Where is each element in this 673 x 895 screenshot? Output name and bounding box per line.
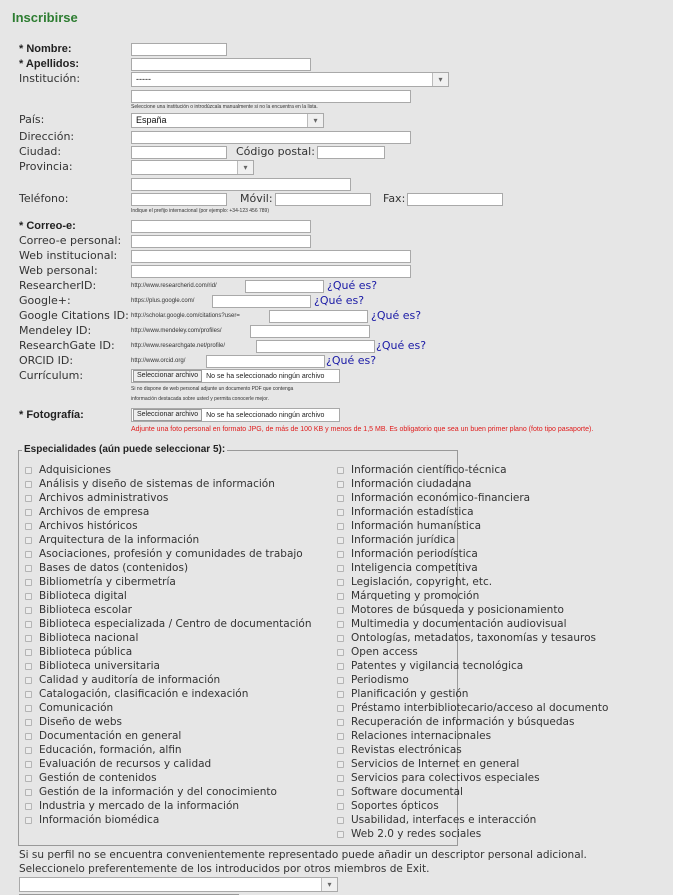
especialidad-option[interactable]: Recuperación de información y búsquedas (337, 715, 608, 729)
especialidad-checkbox[interactable] (337, 803, 344, 810)
fotografia-file-input[interactable]: Seleccionar archivo No se ha seleccionad… (131, 408, 340, 422)
apellidos-input[interactable] (131, 58, 311, 71)
especialidad-checkbox[interactable] (25, 523, 32, 530)
especialidad-option[interactable]: Archivos de empresa (25, 505, 312, 519)
especialidad-label: Información científico-técnica (351, 464, 507, 476)
especialidad-option[interactable]: Gestión de contenidos (25, 771, 312, 785)
especialidad-checkbox[interactable] (337, 551, 344, 558)
especialidad-label: Industria y mercado de la información (39, 800, 239, 812)
especialidad-checkbox[interactable] (25, 635, 32, 642)
especialidad-checkbox[interactable] (25, 481, 32, 488)
especialidad-checkbox[interactable] (25, 761, 32, 768)
especialidades-legend: Especialidades (aún puede seleccionar 5)… (22, 444, 227, 455)
institucion-hint: Seleccione una institución o introdúzcal… (131, 104, 318, 110)
especialidad-checkbox[interactable] (25, 719, 32, 726)
especialidad-option[interactable]: Periodismo (337, 673, 608, 687)
especialidad-label: Catalogación, clasificación e indexación (39, 688, 248, 700)
especialidad-checkbox[interactable] (337, 831, 344, 838)
especialidad-label: Arquitectura de la información (39, 534, 199, 546)
especialidad-checkbox[interactable] (25, 607, 32, 614)
especialidad-label: Préstamo interbibliotecario/acceso al do… (351, 702, 608, 714)
fotografia-file-status: No se ha seleccionado ningún archivo (202, 412, 324, 419)
especialidad-label: Archivos de empresa (39, 506, 149, 518)
especialidad-checkbox[interactable] (25, 649, 32, 656)
especialidad-checkbox[interactable] (25, 551, 32, 558)
institucion-manual-input[interactable] (131, 90, 411, 103)
especialidad-checkbox[interactable] (337, 789, 344, 796)
descriptor-select[interactable]: ▾ (19, 877, 338, 892)
especialidad-option[interactable]: Servicios para colectivos especiales (337, 771, 608, 785)
especialidad-label: Biblioteca escolar (39, 604, 132, 616)
correo-personal-input[interactable] (131, 235, 311, 248)
especialidad-checkbox[interactable] (25, 733, 32, 740)
especialidad-checkbox[interactable] (25, 495, 32, 502)
especialidad-checkbox[interactable] (25, 775, 32, 782)
mendeley-label: Mendeley ID: (19, 324, 91, 338)
especialidad-checkbox[interactable] (337, 495, 344, 502)
especialidad-label: Asociaciones, profesión y comunidades de… (39, 548, 303, 560)
especialidad-label: Biblioteca nacional (39, 632, 138, 644)
researcherid-help-link[interactable]: ¿Qué es? (327, 279, 377, 293)
especialidad-label: Bases de datos (contenidos) (39, 562, 188, 574)
especialidad-checkbox[interactable] (337, 733, 344, 740)
especialidad-label: Diseño de webs (39, 716, 122, 728)
googleplus-help-link[interactable]: ¿Qué es? (314, 294, 364, 308)
ciudad-input[interactable] (131, 146, 227, 159)
especialidad-label: Legislación, copyright, etc. (351, 576, 492, 588)
especialidad-option[interactable]: Inteligencia competitiva (337, 561, 608, 575)
especialidad-checkbox[interactable] (337, 677, 344, 684)
especialidad-checkbox[interactable] (25, 579, 32, 586)
chevron-down-icon: ▾ (237, 161, 253, 174)
movil-input[interactable] (275, 193, 371, 206)
especialidad-label: Información estadística (351, 506, 474, 518)
especialidad-label: Información periodística (351, 548, 478, 560)
especialidad-option[interactable]: Soportes ópticos (337, 799, 608, 813)
researcherid-prefix: http://www.researcherid.com/rid/ (131, 280, 217, 293)
especialidad-label: Revistas electrónicas (351, 744, 462, 756)
especialidad-checkbox[interactable] (25, 593, 32, 600)
especialidad-label: Usabilidad, interfaces e interacción (351, 814, 536, 826)
researchgate-help-link[interactable]: ¿Qué es? (376, 339, 426, 353)
especialidad-label: Multimedia y documentación audiovisual (351, 618, 566, 630)
movil-label: Móvil: (240, 192, 273, 206)
especialidad-option[interactable]: Información científico-técnica (337, 463, 608, 477)
pais-selected: España (136, 115, 167, 125)
especialidad-checkbox[interactable] (337, 537, 344, 544)
correo-personal-label: Correo-e personal: (19, 234, 121, 248)
correo-label: * Correo-e: (19, 219, 76, 233)
telefono-hint: Indique el prefijo internacional (por ej… (131, 208, 269, 214)
especialidad-option[interactable]: Información humanística (337, 519, 608, 533)
especialidad-option[interactable]: Software documental (337, 785, 608, 799)
especialidad-option[interactable]: Biblioteca digital (25, 589, 312, 603)
web-personal-label: Web personal: (19, 264, 98, 278)
especialidad-label: Open access (351, 646, 418, 658)
correo-input[interactable] (131, 220, 311, 233)
especialidad-option[interactable]: Biblioteca universitaria (25, 659, 312, 673)
fotografia-warning: Adjunte una foto personal en formato JPG… (131, 425, 636, 435)
direccion-label: Dirección: (19, 130, 74, 144)
especialidad-checkbox[interactable] (337, 761, 344, 768)
especialidad-checkbox[interactable] (337, 817, 344, 824)
descriptor-note-line2: Seleccionelo preferentemente de los intr… (19, 862, 429, 876)
especialidad-option[interactable]: Industria y mercado de la información (25, 799, 312, 813)
especialidad-option[interactable]: Patentes y vigilancia tecnológica (337, 659, 608, 673)
especialidad-label: Información humanística (351, 520, 481, 532)
researchgate-input[interactable] (256, 340, 375, 353)
especialidad-option[interactable]: Bases de datos (contenidos) (25, 561, 312, 575)
especialidad-label: Soportes ópticos (351, 800, 439, 812)
especialidad-label: Información jurídica (351, 534, 455, 546)
curriculum-file-input[interactable]: Seleccionar archivo No se ha seleccionad… (131, 369, 340, 383)
web-institucional-label: Web institucional: (19, 249, 117, 263)
especialidad-checkbox[interactable] (337, 621, 344, 628)
especialidad-label: Educación, formación, alfin (39, 744, 182, 756)
especialidad-checkbox[interactable] (25, 691, 32, 698)
web-personal-input[interactable] (131, 265, 411, 278)
researchgate-label: ResearchGate ID: (19, 339, 115, 353)
orcid-input[interactable] (206, 355, 325, 368)
google-citations-prefix: http://scholar.google.com/citations?user… (131, 310, 240, 323)
nombre-input[interactable] (131, 43, 227, 56)
especialidad-option[interactable]: Ontologías, metadatos, taxonomías y tesa… (337, 631, 608, 645)
direccion-input[interactable] (131, 131, 411, 144)
especialidad-option[interactable]: Información periodística (337, 547, 608, 561)
especialidad-label: Biblioteca pública (39, 646, 132, 658)
institucion-label: Institución: (19, 72, 80, 86)
especialidad-option[interactable]: Revistas electrónicas (337, 743, 608, 757)
especialidad-label: Márqueting y promoción (351, 590, 479, 602)
especialidad-checkbox[interactable] (337, 481, 344, 488)
especialidad-label: Calidad y auditoría de información (39, 674, 220, 686)
especialidad-label: Comunicación (39, 702, 113, 714)
especialidad-option[interactable]: Márqueting y promoción (337, 589, 608, 603)
especialidad-label: Biblioteca especializada / Centro de doc… (39, 618, 312, 630)
especialidad-checkbox[interactable] (337, 775, 344, 782)
especialidad-label: Documentación en general (39, 730, 181, 742)
especialidad-checkbox[interactable] (337, 523, 344, 530)
orcid-prefix: http://www.orcid.org/ (131, 355, 185, 368)
especialidad-label: Motores de búsqueda y posicionamiento (351, 604, 564, 616)
orcid-label: ORCID ID: (19, 354, 73, 368)
especialidades-left-column: AdquisicionesAnálisis y diseño de sistem… (25, 463, 312, 827)
especialidad-label: Archivos históricos (39, 520, 138, 532)
fotografia-label: * Fotografía: (19, 408, 84, 422)
pais-select[interactable]: España ▾ (131, 113, 324, 128)
especialidad-checkbox[interactable] (337, 607, 344, 614)
mendeley-input[interactable] (250, 325, 370, 338)
especialidad-option[interactable]: Educación, formación, alfin (25, 743, 312, 757)
especialidad-checkbox[interactable] (25, 747, 32, 754)
especialidad-label: Bibliometría y cibermetría (39, 576, 176, 588)
mendeley-prefix: http://www.mendeley.com/profiles/ (131, 325, 222, 338)
fax-label: Fax: (383, 192, 405, 206)
especialidad-label: Patentes y vigilancia tecnológica (351, 660, 523, 672)
especialidad-option[interactable]: Información ciudadana (337, 477, 608, 491)
curriculum-hint-line2: información destacada sobre usted y perm… (131, 396, 269, 402)
especialidad-checkbox[interactable] (25, 537, 32, 544)
googleplus-prefix: https://plus.google.com/ (131, 295, 194, 308)
especialidad-label: Biblioteca universitaria (39, 660, 160, 672)
especialidad-checkbox[interactable] (337, 691, 344, 698)
especialidad-label: Periodismo (351, 674, 409, 686)
googleplus-label: Google+: (19, 294, 71, 308)
especialidad-label: Análisis y diseño de sistemas de informa… (39, 478, 275, 490)
especialidad-label: Adquisiciones (39, 464, 111, 476)
especialidad-option[interactable]: Bibliometría y cibermetría (25, 575, 312, 589)
especialidad-checkbox[interactable] (25, 705, 32, 712)
chevron-down-icon: ▾ (307, 114, 323, 127)
especialidad-label: Inteligencia competitiva (351, 562, 478, 574)
curriculum-label: Currículum: (19, 369, 83, 383)
googleplus-input[interactable] (212, 295, 311, 308)
nombre-label: * Nombre: (19, 42, 72, 56)
curriculum-select-file-button[interactable]: Seleccionar archivo (133, 370, 202, 382)
telefono-label: Teléfono: (19, 192, 68, 206)
especialidad-option[interactable]: Información biomédica (25, 813, 312, 827)
especialidad-label: Gestión de contenidos (39, 772, 157, 784)
descriptor-note-line1: Si su perfil no se encuentra conveniente… (19, 848, 587, 862)
especialidad-option[interactable]: Archivos históricos (25, 519, 312, 533)
researcherid-input[interactable] (245, 280, 324, 293)
fax-input[interactable] (407, 193, 503, 206)
especialidad-option[interactable]: Web 2.0 y redes sociales (337, 827, 608, 841)
especialidad-checkbox[interactable] (337, 747, 344, 754)
especialidad-checkbox[interactable] (25, 789, 32, 796)
especialidad-option[interactable]: Biblioteca nacional (25, 631, 312, 645)
especialidad-checkbox[interactable] (25, 467, 32, 474)
curriculum-file-status: No se ha seleccionado ningún archivo (202, 373, 324, 380)
page-title: Inscribirse (12, 10, 78, 25)
chevron-down-icon: ▾ (321, 878, 337, 891)
orcid-help-link[interactable]: ¿Qué es? (326, 354, 376, 368)
especialidad-checkbox[interactable] (337, 705, 344, 712)
especialidad-label: Información económico-financiera (351, 492, 530, 504)
especialidad-checkbox[interactable] (25, 565, 32, 572)
especialidad-label: Archivos administrativos (39, 492, 168, 504)
provincia-manual-input[interactable] (131, 178, 351, 191)
chevron-down-icon: ▾ (432, 73, 448, 86)
ciudad-label: Ciudad: (19, 145, 61, 159)
pais-label: País: (19, 113, 44, 127)
especialidad-checkbox[interactable] (25, 677, 32, 684)
especialidad-checkbox[interactable] (337, 635, 344, 642)
especialidad-option[interactable]: Gestión de la información y del conocimi… (25, 785, 312, 799)
especialidad-option[interactable]: Adquisiciones (25, 463, 312, 477)
especialidad-option[interactable]: Asociaciones, profesión y comunidades de… (25, 547, 312, 561)
especialidad-checkbox[interactable] (25, 817, 32, 824)
especialidad-option[interactable]: Usabilidad, interfaces e interacción (337, 813, 608, 827)
especialidad-checkbox[interactable] (337, 663, 344, 670)
especialidad-option[interactable]: Arquitectura de la información (25, 533, 312, 547)
especialidad-option[interactable]: Documentación en general (25, 729, 312, 743)
especialidad-checkbox[interactable] (25, 803, 32, 810)
provincia-select[interactable]: ▾ (131, 160, 254, 175)
especialidad-label: Software documental (351, 786, 463, 798)
especialidad-option[interactable]: Calidad y auditoría de información (25, 673, 312, 687)
especialidad-checkbox[interactable] (337, 467, 344, 474)
telefono-input[interactable] (131, 193, 227, 206)
especialidad-option[interactable]: Legislación, copyright, etc. (337, 575, 608, 589)
google-citations-label: Google Citations ID: (19, 309, 129, 323)
especialidad-label: Biblioteca digital (39, 590, 127, 602)
especialidad-option[interactable]: Análisis y diseño de sistemas de informa… (25, 477, 312, 491)
institucion-select[interactable]: ----- ▾ (131, 72, 449, 87)
web-institucional-input[interactable] (131, 250, 411, 263)
especialidad-checkbox[interactable] (337, 649, 344, 656)
fotografia-select-file-button[interactable]: Seleccionar archivo (133, 409, 202, 421)
especialidad-option[interactable]: Información jurídica (337, 533, 608, 547)
especialidad-label: Servicios para colectivos especiales (351, 772, 540, 784)
apellidos-label: * Apellidos: (19, 57, 79, 71)
especialidad-option[interactable]: Archivos administrativos (25, 491, 312, 505)
google-citations-input[interactable] (269, 310, 368, 323)
especialidad-label: Información biomédica (39, 814, 159, 826)
provincia-label: Provincia: (19, 160, 73, 174)
especialidad-option[interactable]: Planificación y gestión (337, 687, 608, 701)
especialidad-option[interactable]: Relaciones internacionales (337, 729, 608, 743)
curriculum-hint-line1: Si no dispone de web personal adjunte un… (131, 386, 293, 392)
especialidad-label: Información ciudadana (351, 478, 471, 490)
especialidad-option[interactable]: Multimedia y documentación audiovisual (337, 617, 608, 631)
especialidad-checkbox[interactable] (25, 509, 32, 516)
especialidad-label: Evaluación de recursos y calidad (39, 758, 211, 770)
especialidad-option[interactable]: Préstamo interbibliotecario/acceso al do… (337, 701, 608, 715)
especialidad-checkbox[interactable] (25, 621, 32, 628)
especialidad-label: Web 2.0 y redes sociales (351, 828, 481, 840)
especialidad-checkbox[interactable] (337, 593, 344, 600)
especialidad-option[interactable]: Servicios de Internet en general (337, 757, 608, 771)
especialidad-option[interactable]: Motores de búsqueda y posicionamiento (337, 603, 608, 617)
codigo-postal-input[interactable] (317, 146, 385, 159)
especialidad-label: Recuperación de información y búsquedas (351, 716, 574, 728)
especialidad-checkbox[interactable] (337, 565, 344, 572)
especialidad-checkbox[interactable] (337, 719, 344, 726)
especialidad-option[interactable]: Información estadística (337, 505, 608, 519)
especialidad-checkbox[interactable] (337, 579, 344, 586)
institucion-selected: ----- (136, 74, 151, 84)
especialidad-option[interactable]: Biblioteca pública (25, 645, 312, 659)
especialidad-option[interactable]: Diseño de webs (25, 715, 312, 729)
especialidad-option[interactable]: Biblioteca especializada / Centro de doc… (25, 617, 312, 631)
especialidad-option[interactable]: Evaluación de recursos y calidad (25, 757, 312, 771)
researcherid-label: ResearcherID: (19, 279, 96, 293)
google-citations-help-link[interactable]: ¿Qué es? (371, 309, 421, 323)
especialidad-option[interactable]: Comunicación (25, 701, 312, 715)
especialidad-label: Planificación y gestión (351, 688, 468, 700)
especialidad-option[interactable]: Información económico-financiera (337, 491, 608, 505)
especialidades-right-column: Información científico-técnicaInformació… (337, 463, 608, 841)
especialidad-label: Ontologías, metadatos, taxonomías y tesa… (351, 632, 596, 644)
especialidad-label: Servicios de Internet en general (351, 758, 519, 770)
especialidad-option[interactable]: Open access (337, 645, 608, 659)
researchgate-prefix: http://www.researchgate.net/profile/ (131, 340, 225, 353)
especialidad-label: Relaciones internacionales (351, 730, 491, 742)
especialidad-label: Gestión de la información y del conocimi… (39, 786, 277, 798)
especialidad-checkbox[interactable] (337, 509, 344, 516)
especialidad-checkbox[interactable] (25, 663, 32, 670)
especialidad-option[interactable]: Biblioteca escolar (25, 603, 312, 617)
especialidad-option[interactable]: Catalogación, clasificación e indexación (25, 687, 312, 701)
codigo-postal-label: Código postal: (236, 145, 315, 159)
